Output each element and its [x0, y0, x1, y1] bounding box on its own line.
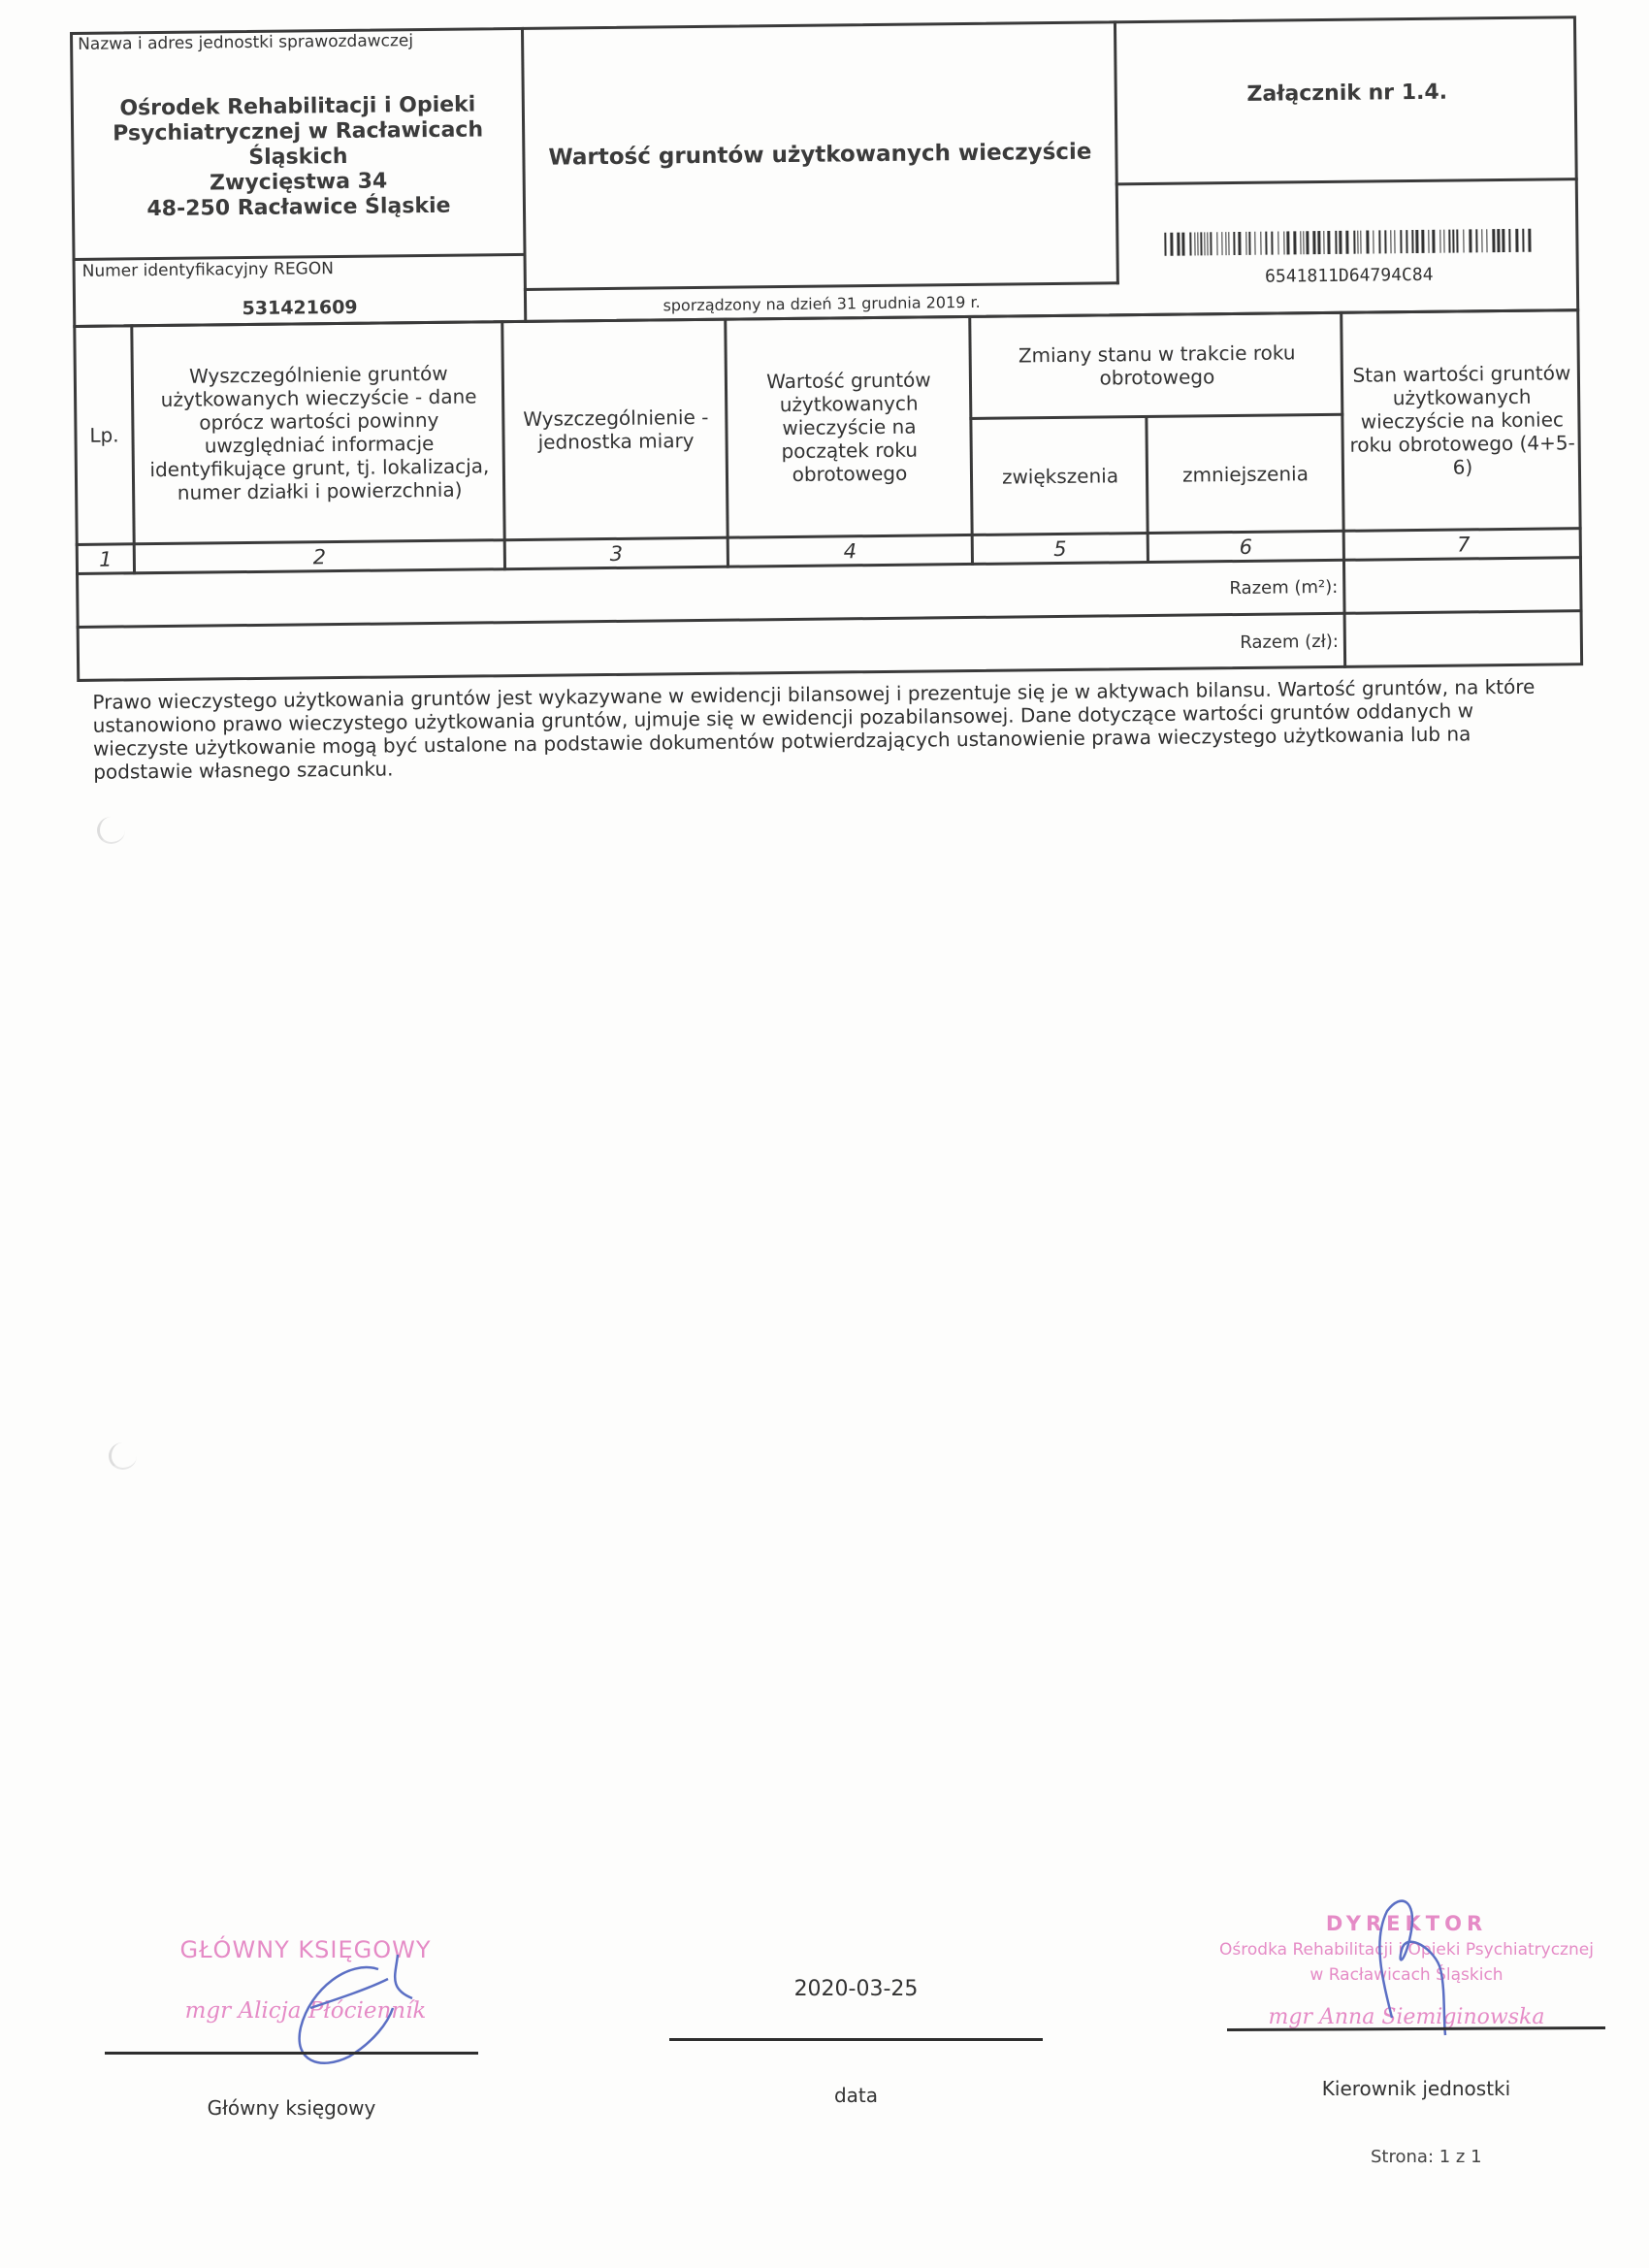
column-number: 5: [974, 535, 1147, 563]
accountant-signature-icon: [281, 1950, 427, 2076]
column-header-lp: Lp.: [76, 327, 132, 543]
total-area-value: [1345, 559, 1583, 612]
column-group-header-changes: Zmiany stanu w trakcie roku obrotowego: [973, 314, 1341, 417]
column-header-description: Wyszczególnienie gruntów użytkowanych wi…: [135, 323, 502, 542]
scan-mark: [97, 817, 125, 844]
barcode-text: 6541811D64794C84: [1119, 260, 1579, 290]
explanatory-note: Prawo wieczystego użytkowania gruntów je…: [92, 674, 1568, 783]
barcode-icon: [1164, 229, 1534, 256]
total-value-value: [1346, 612, 1584, 668]
unit-name-line: Śląskich: [248, 145, 347, 171]
column-number: 1: [79, 545, 133, 572]
date-signature-line: [669, 2038, 1043, 2041]
unit-name-line: Ośrodek Rehabilitacji i Opieki: [119, 92, 475, 121]
column-number: 7: [1345, 530, 1582, 559]
column-header-decreases: zmniejszenia: [1148, 416, 1342, 532]
column-number: 4: [729, 536, 971, 566]
regon-value: 531421609: [76, 291, 524, 325]
document-page: Nazwa i adres jednostki sprawozdawczej O…: [0, 0, 1649, 2268]
column-number: 2: [136, 541, 503, 571]
column-number: 6: [1149, 533, 1342, 561]
unit-name: Ośrodek Rehabilitacji i Opieki Psychiatr…: [74, 82, 524, 233]
column-header-unit: Wyszczególnienie - jednostka miary: [505, 321, 726, 538]
page-number: Strona: 1 z 1: [1371, 2147, 1482, 2167]
date-caption: data: [669, 2081, 1043, 2110]
column-number: 3: [506, 539, 727, 567]
director-caption: Kierownik jednostki: [1227, 2074, 1605, 2103]
unit-name-line: Psychiatrycznej w Racławicach: [113, 117, 483, 146]
column-header-end-value: Stan wartości gruntów użytkowanych wiecz…: [1345, 311, 1578, 530]
report-title: Wartość gruntów użytkowanych wieczyście: [524, 20, 1116, 289]
unit-label: Nazwa i adres jednostki sprawozdawczej: [78, 31, 413, 54]
director-signature-icon: [1358, 1892, 1465, 2037]
column-header-increases: zwiększenia: [974, 418, 1146, 534]
barcode: [1118, 226, 1578, 258]
signature-date: 2020-03-25: [669, 1974, 1043, 2003]
annex-number: Załącznik nr 1.4.: [1116, 22, 1577, 163]
regon-label: Numer identyfikacyjny REGON: [82, 259, 334, 281]
scan-mark: [109, 1442, 137, 1470]
accountant-caption: Główny księgowy: [105, 2093, 478, 2122]
column-header-start-value: Wartość gruntów użytkowanych wieczyście …: [736, 318, 961, 535]
accountant-signature-line: [105, 2052, 478, 2055]
report-form: Nazwa i adres jednostki sprawozdawczej O…: [0, 0, 1649, 874]
unit-name-line: Zwycięstwa 34: [210, 169, 387, 196]
unit-name-line: 48-250 Racławice Śląskie: [146, 194, 450, 222]
